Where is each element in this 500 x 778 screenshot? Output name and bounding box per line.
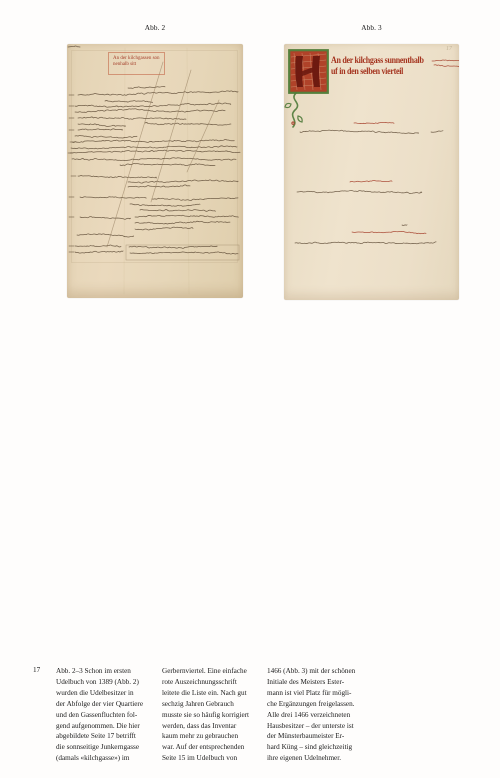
manuscript-plate-abb3: 17 An der kilchgass sunnenthalb uf in de… [284, 44, 459, 300]
caption-column-3: 1466 (Abb. 3) mit der schönen Initiale d… [267, 666, 355, 764]
handwriting-overlay-right [284, 44, 459, 300]
rubric-line-2: nenhalb sitt [113, 62, 164, 68]
caption-column-2: Gerbernviertel. Eine einfache rote Ausze… [162, 666, 249, 764]
caption-number: 17 [33, 666, 40, 674]
handwriting-overlay-left [67, 44, 243, 298]
caption-column-1: Abb. 2–3 Schon im ersten Udelbuch von 13… [56, 666, 143, 764]
manuscript-plate-abb2: An der kilchgassen son nenhalb sitt [67, 44, 243, 298]
rubric-line-1: An der kilchgassen son [113, 56, 164, 62]
book-page: Abb. 2 Abb. 3 An der kilchgassen son nen… [0, 0, 500, 778]
figure-label-abb3: Abb. 3 [284, 23, 459, 32]
figure-label-abb2: Abb. 2 [67, 23, 243, 32]
rubric-box: An der kilchgassen son nenhalb sitt [108, 52, 165, 75]
